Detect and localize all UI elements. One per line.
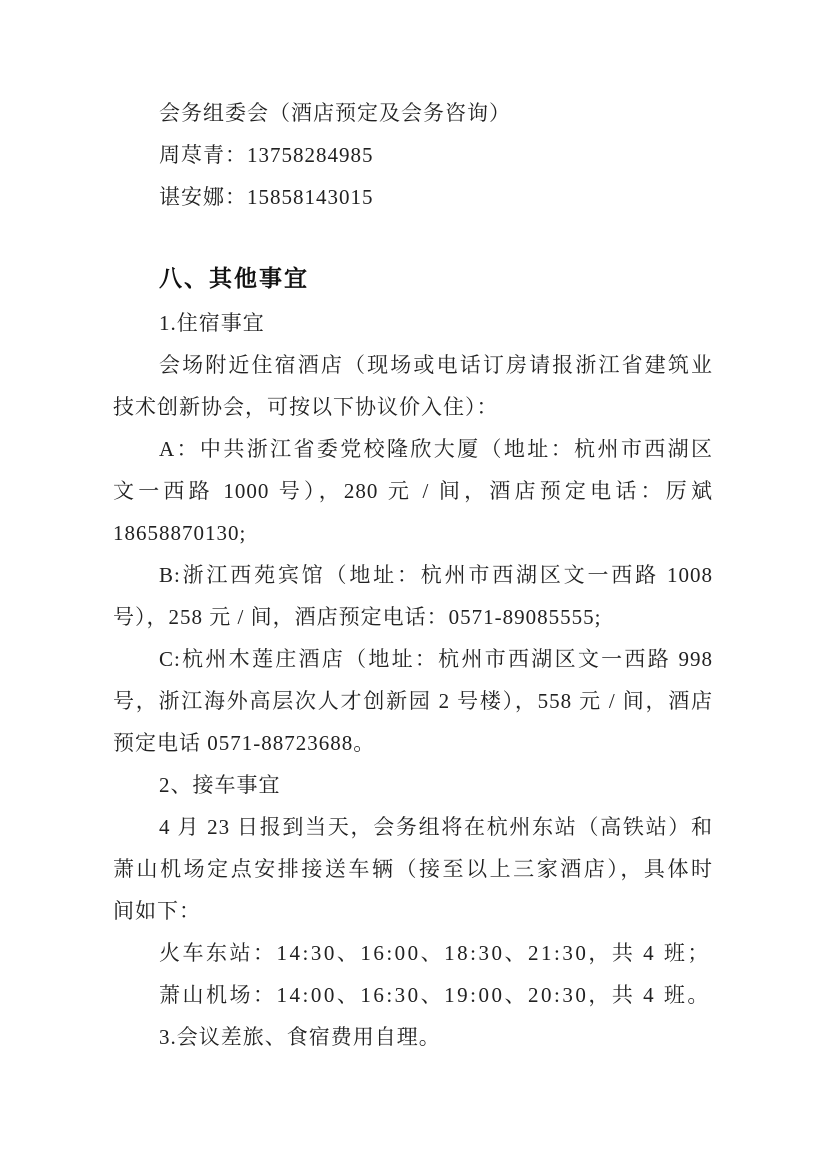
hotel-a-line-1: A：中共浙江省委党校隆欣大厦（地址：杭州市西湖区 [113,428,713,470]
hotel-b-line-1: B:浙江西苑宾馆（地址：杭州市西湖区文一西路 1008 [113,554,713,596]
document-page: 会务组委会（酒店预定及会务咨询） 周荩青：13758284985 谌安娜：158… [0,0,827,1169]
section-heading: 八、其他事宜 [113,256,713,302]
expense-note-line: 3.会议差旅、食宿费用自理。 [113,1016,713,1058]
hotel-a-line-3: 18658870130; [113,512,713,554]
hotel-c-line-3: 预定电话 0571-88723688。 [113,722,713,764]
contact-phone-line-2: 谌安娜：15858143015 [113,176,713,218]
pickup-schedule-train-line: 火车东站：14:30、16:00、18:30、21:30，共 4 班； [113,932,713,974]
pickup-schedule-airport-line: 萧山机场：14:00、16:30、19:00、20:30，共 4 班。 [113,974,713,1016]
hotel-a-line-2: 文一西路 1000 号），280 元 / 间，酒店预定电话：厉斌 [113,470,713,512]
pickup-intro-line-1: 4 月 23 日报到当天，会务组将在杭州东站（高铁站）和 [113,806,713,848]
lodging-intro-line-2: 技术创新协会，可按以下协议价入住）： [113,386,713,428]
pickup-title: 2、接车事宜 [113,764,713,806]
pickup-intro-line-3: 间如下： [113,890,713,932]
hotel-c-line-2: 号，浙江海外高层次人才创新园 2 号楼），558 元 / 间，酒店 [113,680,713,722]
lodging-title: 1.住宿事宜 [113,302,713,344]
committee-contact-line: 会务组委会（酒店预定及会务咨询） [113,92,713,134]
hotel-b-line-2: 号），258 元 / 间，酒店预定电话：0571-89085555; [113,596,713,638]
lodging-intro-line-1: 会场附近住宿酒店（现场或电话订房请报浙江省建筑业 [113,344,713,386]
document-content: 会务组委会（酒店预定及会务咨询） 周荩青：13758284985 谌安娜：158… [113,92,713,1058]
contact-phone-line-1: 周荩青：13758284985 [113,134,713,176]
hotel-c-line-1: C:杭州木莲庄酒店（地址：杭州市西湖区文一西路 998 [113,638,713,680]
pickup-intro-line-2: 萧山机场定点安排接送车辆（接至以上三家酒店），具体时 [113,848,713,890]
